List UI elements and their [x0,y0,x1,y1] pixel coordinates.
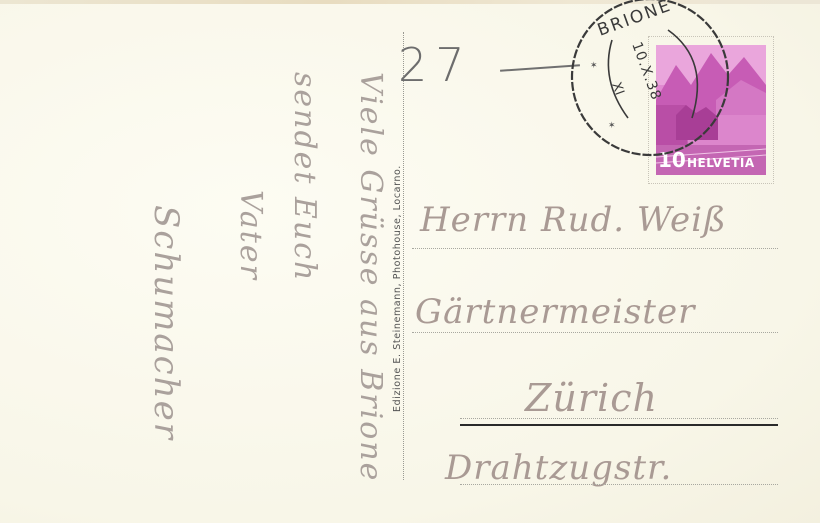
publisher-imprint: Edizione E. Steinemann, Photohouse, Loca… [392,165,403,412]
message-signature: Schumacher [146,205,186,441]
address-rule-2 [412,332,778,333]
svg-text:✶: ✶ [590,61,598,71]
address-line-3: Zürich [525,376,658,420]
address-line-1: Herrn Rud. Weiß [420,200,727,240]
postcard-back: Viele Grüsse aus Brione sendet Euch Vate… [0,0,820,523]
message-line-3: Vater [233,190,268,281]
message-line-2: sendet Euch [287,72,322,282]
postmark-cancel-icon: ✶ ✶ BRIONE 10.X.38 XI [560,0,740,160]
address-rule-4 [460,484,778,485]
postmark-date: 10.X.38 [628,40,664,103]
address-line-2: Gärtnermeister [415,292,695,332]
address-line-4: Drahtzugstr. [445,448,672,488]
address-rule-3 [460,418,778,419]
address-rule-1 [412,248,778,249]
postmark-town: BRIONE [595,0,675,41]
pencil-note: 27 [398,38,473,92]
city-underline [460,424,778,426]
center-divider [403,32,404,480]
message-line-1: Viele Grüsse aus Brione [353,72,388,482]
svg-text:✶: ✶ [608,121,616,131]
